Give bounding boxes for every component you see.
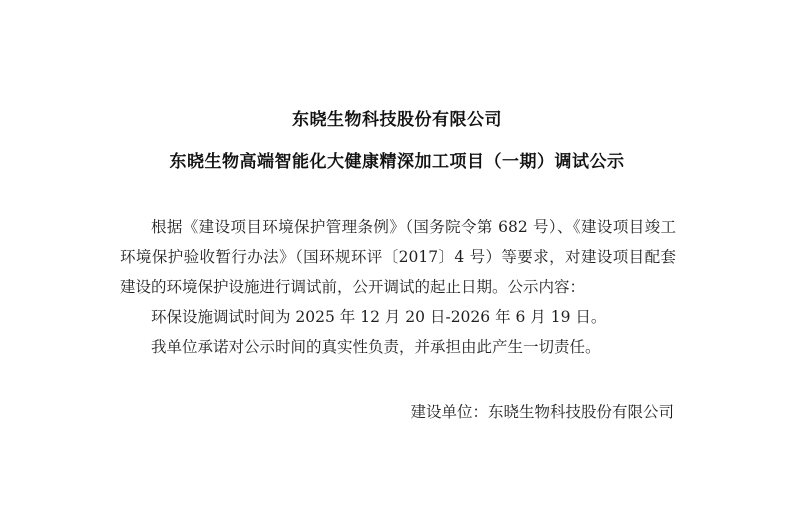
document-page: 东晓生物科技股份有限公司 东晓生物高端智能化大健康精深加工项目（一期）调试公示 … bbox=[0, 0, 794, 522]
company-title: 东晓生物科技股份有限公司 bbox=[0, 105, 794, 130]
paragraph-legal-basis: 根据《建设项目环境保护管理条例》（国务院令第 682 号）、《建设项目竣工环境保… bbox=[120, 212, 676, 302]
notice-body: 根据《建设项目环境保护管理条例》（国务院令第 682 号）、《建设项目竣工环境保… bbox=[120, 212, 676, 362]
signature-line: 建设单位：东晓生物科技股份有限公司 bbox=[410, 400, 674, 422]
paragraph-commissioning-period: 环保设施调试时间为 2025 年 12 月 20 日-2026 年 6 月 19… bbox=[120, 302, 676, 332]
paragraph-commitment: 我单位承诺对公示时间的真实性负责，并承担由此产生一切责任。 bbox=[120, 332, 676, 362]
notice-title: 东晓生物高端智能化大健康精深加工项目（一期）调试公示 bbox=[0, 147, 794, 172]
